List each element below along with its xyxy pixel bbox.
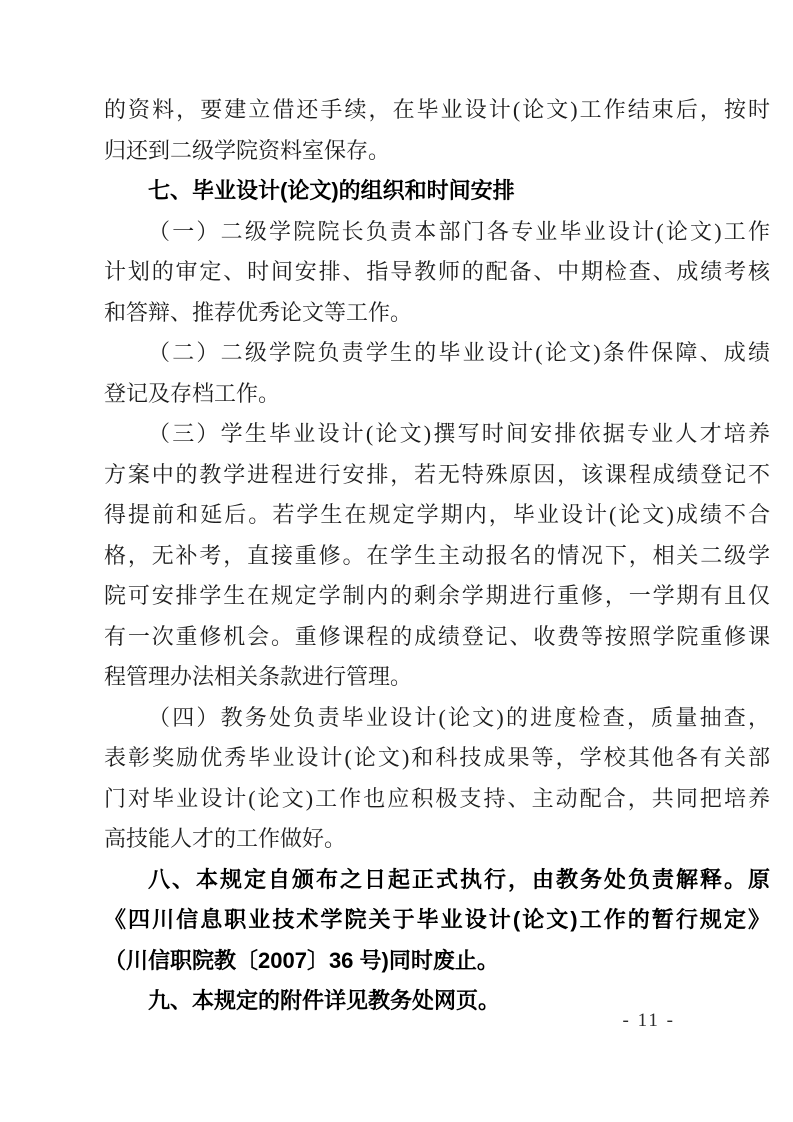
text-line: 有一次重修机会。重修课程的成绩登记、收费等按照学院重修课	[104, 617, 770, 658]
text-line: 八、本规定自颁布之日起正式执行，由教务处负责解释。原	[104, 860, 770, 901]
clause-2-paragraph: （二）二级学院负责学生的毕业设计(论文)条件保障、成绩 登记及存档工作。	[104, 333, 770, 414]
text-line: 格，无补考，直接重修。在学生主动报名的情况下，相关二级学	[104, 536, 770, 577]
text-line: 院可安排学生在规定学制内的剩余学期进行重修，一学期有且仅	[104, 576, 770, 617]
text-line: 程管理办法相关条款进行管理。	[104, 657, 770, 698]
text-line: 《四川信息职业技术学院关于毕业设计(论文)工作的暂行规定》	[104, 900, 770, 941]
text-line: 计划的审定、时间安排、指导教师的配备、中期检查、成绩考核	[104, 252, 770, 293]
text-line: （一）二级学院院长负责本部门各专业毕业设计(论文)工作	[104, 212, 770, 253]
section-7-heading: 七、毕业设计(论文)的组织和时间安排	[104, 171, 770, 212]
text-line: （二）二级学院负责学生的毕业设计(论文)条件保障、成绩	[104, 333, 770, 374]
paragraph-continued-archive: 的资料，要建立借还手续，在毕业设计(论文)工作结束后，按时 归还到二级学院资料室…	[104, 90, 770, 171]
page-number: - 11 -	[623, 1008, 675, 1034]
document-page: 的资料，要建立借还手续，在毕业设计(论文)工作结束后，按时 归还到二级学院资料室…	[0, 0, 793, 1122]
text-line: 的资料，要建立借还手续，在毕业设计(论文)工作结束后，按时	[104, 90, 770, 131]
text-line: 高技能人才的工作做好。	[104, 819, 770, 860]
document-body: 的资料，要建立借还手续，在毕业设计(论文)工作结束后，按时 归还到二级学院资料室…	[104, 90, 770, 1022]
text-line: 门对毕业设计(论文)工作也应积极支持、主动配合，共同把培养	[104, 779, 770, 820]
text-line: 和答辩、推荐优秀论文等工作。	[104, 293, 770, 334]
clause-3-paragraph: （三）学生毕业设计(论文)撰写时间安排依据专业人才培养 方案中的教学进程进行安排…	[104, 414, 770, 698]
text-line: 登记及存档工作。	[104, 374, 770, 415]
text-line: 归还到二级学院资料室保存。	[104, 131, 770, 172]
text-line: （三）学生毕业设计(论文)撰写时间安排依据专业人才培养	[104, 414, 770, 455]
text-line: 表彰奖励优秀毕业设计(论文)和科技成果等，学校其他各有关部	[104, 738, 770, 779]
section-8-paragraph: 八、本规定自颁布之日起正式执行，由教务处负责解释。原 《四川信息职业技术学院关于…	[104, 860, 770, 982]
text-line: （四）教务处负责毕业设计(论文)的进度检查，质量抽查，	[104, 698, 770, 739]
clause-4-paragraph: （四）教务处负责毕业设计(论文)的进度检查，质量抽查， 表彰奖励优秀毕业设计(论…	[104, 698, 770, 860]
heading-line: 七、毕业设计(论文)的组织和时间安排	[104, 171, 770, 212]
clause-1-paragraph: （一）二级学院院长负责本部门各专业毕业设计(论文)工作 计划的审定、时间安排、指…	[104, 212, 770, 334]
text-line: 得提前和延后。若学生在规定学期内，毕业设计(论文)成绩不合	[104, 495, 770, 536]
text-line: （川信职院教〔2007〕36 号)同时废止。	[104, 941, 770, 982]
text-line: 方案中的教学进程进行安排，若无特殊原因，该课程成绩登记不	[104, 455, 770, 496]
